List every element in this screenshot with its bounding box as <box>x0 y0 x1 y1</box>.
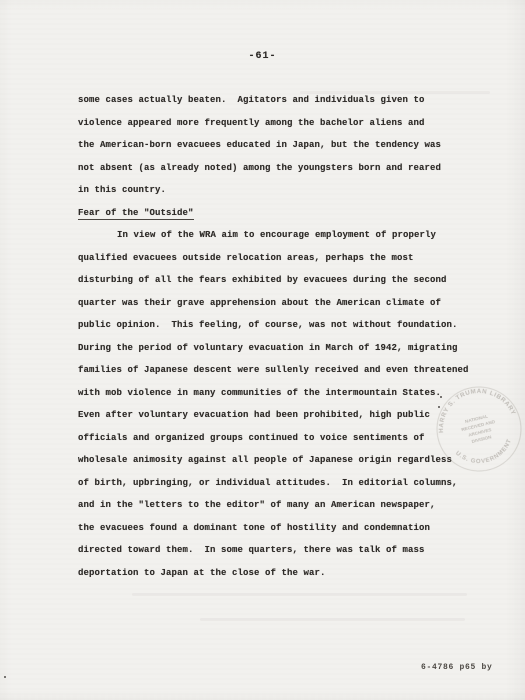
scan-streak <box>132 593 467 596</box>
text-line: In view of the WRA aim to encourage empl… <box>78 224 488 247</box>
section-heading: Fear of the "Outside" <box>78 202 488 225</box>
section-heading-text: Fear of the "Outside" <box>78 208 194 220</box>
document-text: some cases actually beaten. Agitators an… <box>78 89 488 584</box>
text-line: some cases actually beaten. Agitators an… <box>78 89 488 112</box>
text-line: officials and organized groups continued… <box>78 427 488 450</box>
text-line: families of Japanese descent were sullen… <box>78 359 488 382</box>
text-line: public opinion. This feeling, of course,… <box>78 314 488 337</box>
text-line: wholesale animosity against all people o… <box>78 449 488 472</box>
text-line: directed toward them. In some quarters, … <box>78 539 488 562</box>
svg-text:U.S. GOVERNMENT: U.S. GOVERNMENT <box>453 437 517 471</box>
document-page: -61- some cases actually beaten. Agitato… <box>0 0 525 700</box>
text-line: During the period of voluntary evacuatio… <box>78 337 488 360</box>
stamp-arc-bottom-text: U.S. GOVERNMENT <box>453 437 517 471</box>
ink-speck <box>440 396 442 398</box>
text-line: the American-born evacuees educated in J… <box>78 134 488 157</box>
ink-speck <box>438 406 440 408</box>
text-line: disturbing of all the fears exhibited by… <box>78 269 488 292</box>
ink-speck <box>4 676 6 678</box>
text-line: the evacuees found a dominant tone of ho… <box>78 517 488 540</box>
text-line: and in the "letters to the editor" of ma… <box>78 494 488 517</box>
text-line: in this country. <box>78 179 488 202</box>
text-line: quarter was their grave apprehension abo… <box>78 292 488 315</box>
page-number: -61- <box>0 51 525 62</box>
text-line: not absent (as already noted) among the … <box>78 157 488 180</box>
footer-code: 6-4786 p65 by <box>421 663 493 672</box>
text-line: of birth, upbringing, or individual atti… <box>78 472 488 495</box>
text-line: qualified evacuees outside relocation ar… <box>78 247 488 270</box>
paragraph-1: some cases actually beaten. Agitators an… <box>78 89 488 202</box>
text-line: violence appeared more frequently among … <box>78 112 488 135</box>
text-line: deportation to Japan at the close of the… <box>78 562 488 585</box>
scan-streak <box>200 618 465 621</box>
